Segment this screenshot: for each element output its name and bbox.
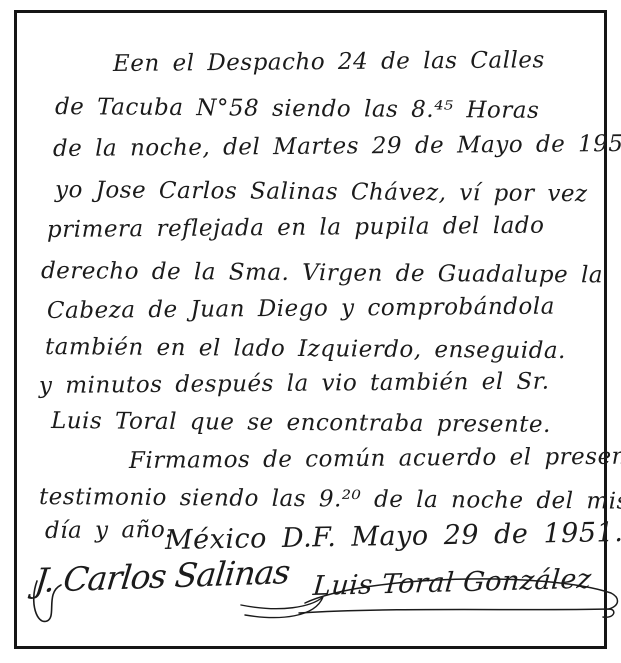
- text-line-9: y minutos después la vio también el Sr.: [39, 367, 550, 401]
- text-line-5: primera reflejada en la pupila del lado: [47, 211, 545, 245]
- signature-salinas: J. Carlos Salinas: [33, 552, 291, 600]
- text-line-8: también en el lado Izquierdo, enseguida.: [45, 332, 566, 366]
- document-border: Een el Despacho 24 de las Calles de Tacu…: [14, 10, 607, 649]
- signature-toral: Luis Toral González: [312, 564, 593, 602]
- text-line-11: Firmamos de común acuerdo el presente: [129, 441, 621, 476]
- text-line-12: testimonio siendo las 9.²⁰ de la noche d…: [39, 482, 621, 517]
- text-line-7: Cabeza de Juan Diego y comprobándola: [47, 292, 555, 326]
- text-line-3: de la noche, del Martes 29 de Mayo de 19…: [53, 129, 621, 164]
- document-page: Een el Despacho 24 de las Calles de Tacu…: [0, 0, 621, 663]
- date-line: México D.F. Mayo 29 de 1951.: [165, 517, 621, 556]
- text-line-6: derecho de la Sma. Virgen de Guadalupe l…: [41, 256, 603, 290]
- text-line-13: día y año.: [45, 515, 173, 546]
- text-line-10: Luis Toral que se encontraba presente.: [51, 406, 551, 440]
- text-line-4: yo Jose Carlos Salinas Chávez, ví por ve…: [55, 175, 588, 209]
- text-line-1: Een el Despacho 24 de las Calles: [113, 45, 545, 79]
- text-line-2: de Tacuba N°58 siendo las 8.⁴⁵ Horas: [55, 92, 540, 126]
